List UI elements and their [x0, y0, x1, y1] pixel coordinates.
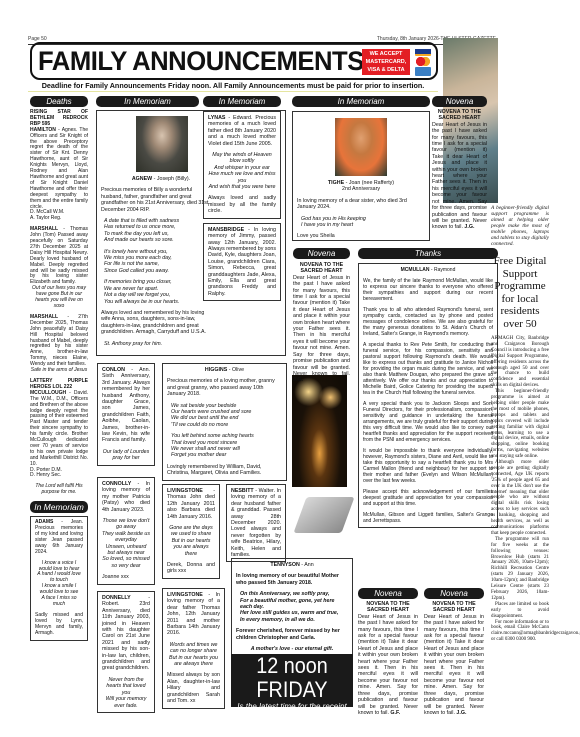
thanks-paragraph: It would be impossible to thank everyone…	[363, 448, 493, 484]
article: A beginner-friendly digital support prog…	[491, 205, 549, 643]
verse-line: Unseen, unheard but always near	[102, 544, 150, 557]
verse-line: In every memory, in all we do.	[240, 617, 348, 623]
signature: Derek, Donna and girls xxx	[167, 562, 215, 575]
card-logos	[412, 47, 434, 77]
notice-verse: God has you in His keepingI have you in …	[297, 216, 425, 229]
notice-text: - Walter. In loving memory of a dear hus…	[231, 488, 281, 558]
signature: Always loved and sadly missed by all the…	[208, 195, 276, 214]
mastercard-icon	[415, 57, 431, 66]
notice-verse: Out of our lives you may have gone But i…	[30, 286, 88, 310]
novena-body: Dear Heart of Jesus in the past I have a…	[358, 614, 418, 716]
thanks-paragraph: McMullan, Gibson and Liggett families, S…	[363, 512, 493, 524]
in-memoriam-header: In Memoriam	[292, 96, 430, 107]
novena-block-4: Novena NOVENA TO THE SACRED HEART Dear H…	[424, 588, 484, 716]
deaths-column: Deaths RISING STAR OF BETHLEM REDROCK RB…	[30, 96, 88, 641]
notice-name: NESBITT	[231, 488, 254, 494]
signature: J.G.	[464, 224, 474, 230]
novena-block-3: Novena NOVENA TO THE SACRED HEART Dear H…	[358, 588, 418, 716]
verse-line: They walk beside us everyday	[102, 531, 150, 544]
delta-icon	[415, 67, 431, 76]
notice-name: CONNOLLY	[102, 481, 131, 487]
candle-image	[292, 375, 347, 487]
notice-name: MANSBRIDGE	[208, 227, 244, 233]
novena-header: Novena	[358, 588, 418, 599]
verse-line: 'Til we could do no more	[171, 422, 282, 428]
novena-body: Dear Heart of Jesus in the past I have a…	[432, 122, 487, 231]
novena-title: NOVENA TO THE SACRED HEART	[432, 109, 487, 122]
verse-line: But in our hearts you are always there	[167, 538, 215, 557]
section-banner: FAMILY ANNOUNCEMENTS WE ACCEPT MASTERCAR…	[30, 42, 438, 80]
bible-image	[293, 497, 354, 533]
notice-verse: Never from the hearts that loved youWill…	[102, 677, 150, 709]
verse-line: Words and times we can no longer share	[167, 642, 220, 655]
novena-title: NOVENA TO THE SACRED HEART	[358, 601, 418, 614]
verse-line: May the winds of Heaven blow softly	[208, 152, 276, 165]
verse-line: For a beautiful mother, gone, yet here e…	[240, 598, 348, 611]
notice-text: - David. The W.M., D.M., Officers and Br…	[30, 390, 88, 467]
verse-line: So loved, so missed so very dear	[102, 556, 150, 569]
closing-line: A mother's love - our eternal gift.	[236, 646, 348, 652]
verse-line: But in our hearts you are always there	[167, 655, 220, 668]
article-body: ARMAGH City, Banbridge and Craigavon Bor…	[491, 336, 549, 643]
notice-higgins: HIGGINS - Olive Precious memories of a l…	[162, 363, 287, 481]
article-paragraph: This beginner-friendly programme is aime…	[491, 389, 549, 460]
memoriam-column-3: In Memoriam	[292, 96, 430, 107]
signature: D. Henry Sec.	[30, 473, 88, 479]
notice-verse: Gone are the days we used to shareBut in…	[167, 525, 215, 557]
novena-header: Novena	[293, 248, 350, 259]
novena-header: Novena	[432, 96, 487, 107]
article-caption: A beginner-friendly digital support prog…	[491, 205, 549, 247]
article-paragraph: ARMAGH City, Banbridge and Craigavon Bor…	[491, 336, 549, 389]
payment-accept-badge: WE ACCEPT MASTERCARD, VISA & DELTA	[362, 49, 410, 75]
portrait-photo-agnew	[136, 116, 188, 172]
memoriam-column-2: In Memoriam LYNAS - Edward. Precious mem…	[203, 96, 281, 301]
notice-text: - 27th December 2025, Thomas John peacef…	[30, 314, 88, 367]
verse-line: Those we love don't go away	[102, 518, 150, 531]
signature: G.F.	[390, 710, 400, 716]
thanks-paragraph: Please accept this acknowledgement of ou…	[363, 489, 493, 507]
notice-text: Precious memories of Billy a wonderful h…	[101, 187, 211, 213]
signature: Forever cherished, forever missed by her…	[236, 628, 348, 641]
novena-text: Dear Heart of Jesus in the past I have a…	[293, 275, 350, 384]
memoriam-column-1: In Memoriam	[96, 96, 199, 107]
notice-text: Precious memories of a loving mother, gr…	[167, 378, 282, 397]
notice-text: In loving memory of our beautiful Mother…	[236, 573, 348, 586]
article-paragraph: The programme will run for five weeks at…	[491, 537, 549, 602]
notice-adams: ADAMS - Jean. Precious memories of my ki…	[30, 516, 88, 640]
notice-name: HIGGINS	[205, 367, 227, 373]
notice-subtitle: - Raymond	[431, 267, 455, 273]
signature: Always loved and remembered by his lovin…	[101, 310, 211, 336]
novena-body: Dear Heart of Jesus in the past I have a…	[424, 614, 484, 716]
signature: Lovingly remembered by William, David, C…	[167, 464, 282, 477]
notice-lynas: LYNAS - Edward. Precious memories of a m…	[203, 111, 281, 219]
article-paragraph: Although more older people are getting d…	[491, 460, 549, 537]
verse-line: How much we love and miss you	[208, 171, 276, 184]
visa-icon	[415, 47, 431, 56]
verse-line: A face I miss so much	[35, 596, 83, 608]
notice-name: AGNEW	[132, 176, 152, 182]
notice-livingstone-2: LIVINGSTONE - In loving memory of a dear…	[162, 588, 225, 709]
signature: Love you Sheila	[297, 233, 425, 239]
notice-verse: May the winds of Heaven blow softlyAnd w…	[208, 152, 276, 190]
notice-text: - In loving memory of Jimmy, passed away…	[208, 227, 276, 297]
thanks-paragraph: A special thanks to Rev Pete Smith, for …	[363, 342, 493, 396]
section-title: FAMILY ANNOUNCEMENTS	[38, 48, 364, 75]
notice-verse: Words and times we can no longer shareBu…	[167, 642, 220, 668]
novena-text: Dear Heart of Jesus in the past I have a…	[358, 614, 418, 717]
notice-mansbridge: MANSBRIDGE - In loving memory of Jimmy, …	[203, 223, 281, 301]
notice-name: LIVINGSTONE	[167, 488, 203, 494]
notice-name: CONLON	[102, 367, 125, 373]
verse-line: I have you in my heart	[301, 222, 425, 228]
notice-verse: Safe in the arms of Jesus	[30, 368, 88, 374]
notice-tennyson: TENNYSON - Ann In loving memory of our b…	[231, 558, 353, 656]
in-memoriam-header: In Memoriam	[96, 96, 199, 107]
notice-text: - Agnes. The Officers and Sir Knight of …	[30, 127, 88, 210]
thanks-paragraph: A very special thank you to Jackson Sloo…	[363, 401, 493, 443]
verse-line: And wish that you were here	[208, 184, 276, 190]
notice-nesbitt: NESBITT - Walter. In loving memory of a …	[226, 484, 286, 562]
thanks-block: Thanks MCMULLAN - Raymond We, the family…	[358, 248, 498, 528]
verse-line: Never from the hearts that loved you	[102, 677, 150, 696]
notice-verse: The Lord will fulfil His purpose for me.	[30, 484, 88, 496]
noon-headline: 12 noon FRIDAY	[237, 654, 347, 702]
notice-text: - Jean. Precious memories of my kind and…	[35, 519, 83, 555]
notice-text: - In loving memory of a dear father Thom…	[167, 592, 220, 636]
notice-verse: We sat beside your bedsideOur hearts wer…	[167, 403, 282, 429]
thanks-paragraph: Thank you to all who attended Raymond's …	[363, 307, 493, 337]
notice-text: - Thomas John (Tom) Passed away peaceful…	[30, 226, 88, 285]
novena-text: Dear Heart of Jesus in the past I have a…	[432, 122, 487, 231]
novena-body: Dear Heart of Jesus in the past I have a…	[293, 275, 350, 377]
article-headline: Free Digital Support Programme for local…	[491, 255, 549, 330]
deaths-header: Deaths	[30, 96, 88, 107]
verse-line: Forget you mother dear	[171, 452, 282, 458]
portrait-photo-tighe	[335, 118, 387, 176]
notice-name: LYNAS	[208, 115, 225, 121]
verse-line: Will your memory ever fade.	[102, 696, 150, 709]
notice-tighe: TIGHE - Joan (nee Rafferty) 2nd Annivers…	[292, 111, 430, 241]
notice-subtitle: - Joseph (Billy).	[154, 176, 191, 182]
novena-block-1: Novena NOVENA TO THE SACRED HEART Dear H…	[293, 248, 350, 384]
notice-name: MCMULLAN	[401, 267, 430, 273]
novena-block-2: Novena NOVENA TO THE SACRED HEART Dear H…	[432, 96, 487, 231]
notice-title: RISING STAR OF BETHLEM REDROCK RBP 595	[30, 110, 88, 128]
notice-donnelly: DONNELLY - Robert. 23rd Anniversary, die…	[97, 591, 155, 713]
novena-title: NOVENA TO THE SACRED HEART	[424, 601, 484, 614]
deadline-notice: Deadline for Family Announcements Friday…	[28, 79, 438, 92]
notice-subtitle: - Joan (nee Rafferty)	[346, 180, 394, 186]
notice-name: TIGHE	[328, 180, 344, 186]
signature: Sadly missed and loved by Lynn, Mervyn a…	[35, 613, 83, 637]
signature: J.G.	[456, 710, 466, 716]
notice-livingstone-1: LIVINGSTONE - Thomas John died 12th Janu…	[162, 484, 220, 579]
in-memoriam-header: In Memoriam	[30, 501, 88, 513]
notice-text: - Robert. 23rd Anniversary, died 11th Ja…	[102, 595, 150, 671]
article-paragraph: For more information or to book, email C…	[491, 620, 549, 644]
notice-name: TENNYSON	[270, 562, 299, 568]
notice-text: In loving memory of a dear sister, who d…	[297, 198, 425, 211]
notice-verse: On this Anniversary, we softly pray,For …	[236, 591, 348, 623]
notice-subtitle: - Ann	[301, 562, 313, 568]
notice-conlon: CONLON - Ann. Sixth Anniversary, 3rd Jan…	[97, 363, 155, 466]
notice-anniversary: 2nd Anniversary	[297, 186, 425, 192]
novena-title: NOVENA TO THE SACRED HEART	[293, 262, 350, 275]
notice-verse: You left behind some aching heartsThat l…	[167, 433, 282, 459]
thanks-paragraph: We, the family of the late Raymond McMul…	[363, 278, 493, 302]
signature: J.G.	[293, 377, 303, 383]
novena-header: Novena	[424, 588, 484, 599]
article-paragraph: Places are limited so book early to avoi…	[491, 602, 549, 620]
signature: Joanne xxx	[102, 574, 150, 580]
novena-text: Dear Heart of Jesus in the past I have a…	[424, 614, 484, 717]
notice-subtitle: - Olive	[229, 367, 244, 373]
noon-line: of Family Announcements	[231, 712, 353, 722]
notice-connolly: CONNOLLY - In loving memory of my mother…	[97, 477, 155, 585]
notice-verse: I know a voice I would love to hear A ha…	[35, 561, 83, 608]
signature: A. Taylor Reg.	[30, 216, 88, 222]
verse-line: Her love still guides us, warm and true,	[240, 610, 348, 616]
signature: Missed always by son Alan, daughter-in-l…	[167, 672, 220, 704]
noon-line: Is the latest time for the receipt	[231, 702, 353, 712]
noon-deadline-ad: 12 noon FRIDAY Is the latest time for th…	[231, 654, 353, 707]
notice-name: LIVINGSTONE	[167, 592, 203, 598]
notice-name: DONNELLY	[102, 595, 131, 601]
closing-line: St. Anthony pray for him.	[101, 341, 281, 347]
in-memoriam-header: In Memoriam	[203, 96, 281, 107]
thanks-header: Thanks	[358, 248, 498, 259]
notice-verse: Our lady of Lourdes pray for her	[102, 449, 150, 462]
verse-line: Gone are the days we used to share	[167, 525, 215, 538]
notice-text: - Ann. Sixth Anniversary, 3rd January. A…	[102, 367, 150, 443]
notice-verse: Those we love don't go awayThey walk bes…	[102, 518, 150, 569]
